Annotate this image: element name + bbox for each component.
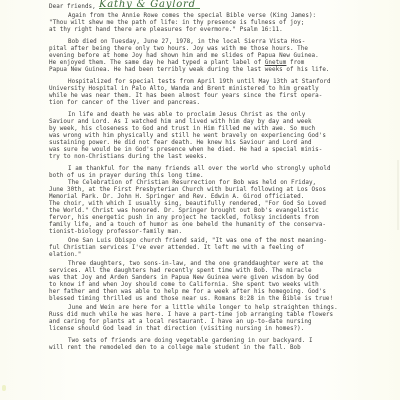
text-segment: from [286, 60, 304, 66]
text-line: elation." [49, 252, 379, 259]
text-line: license should God lead in that directio… [49, 326, 379, 333]
text-line: evening before at home Joy had shown him… [49, 53, 379, 60]
underlined-plant-name: Gnetum [265, 60, 287, 66]
text-line: Two sets of friends are doing vegetable … [49, 338, 379, 345]
paragraph-work: June and Wein are here for a little whil… [49, 305, 379, 333]
text-line: The choir, with which I usually sing, be… [49, 201, 379, 208]
text-line: was that Joy and Arden Sanders in Papua … [49, 275, 379, 282]
text-line: both of us in prayer during this long ti… [49, 173, 379, 180]
text-line: "Thou wilt shew me the path of life: in … [49, 20, 379, 27]
text-line: Russ did much while he was here. I have … [49, 312, 379, 319]
text-line: will rent the remodeled den to a college… [49, 345, 379, 352]
text-line: by week, his closeness to God and trust … [49, 126, 379, 133]
text-line: was wrong with him physically and still … [49, 133, 379, 140]
text-line: Again from the Annie Rowe comes the spec… [49, 13, 379, 20]
paragraph-friend-quote: One San Luis Obispo church friend said, … [49, 238, 379, 259]
paragraph-family: Three daughters, two sons-in-law, and th… [49, 261, 379, 303]
text-line: June and Wein are here for a little whil… [49, 305, 379, 312]
text-line: Three daughters, two sons-in-law, and th… [49, 261, 379, 268]
text-line: The Celebration of Christian Resurrectio… [49, 180, 379, 187]
text-line: was sure he would be in God's presence w… [49, 147, 379, 154]
paragraph-death: Bob died on Tuesday, June 27, 1978, in t… [49, 39, 379, 74]
text-line: ful Christian services I've ever attende… [49, 245, 379, 252]
scan-edge-shadow [397, 160, 399, 230]
text-segment: He enjoyed them. The same day he had typ… [49, 60, 265, 66]
text-line: In life and death he was able to proclai… [49, 112, 379, 119]
salutation: Dear friends, [49, 4, 96, 10]
text-line: services. All the daughters had recently… [49, 268, 379, 275]
scanned-letter-page: Dear friends, Kathy & Gaylord Again from… [0, 0, 400, 400]
text-line: Hospitalized for special tests from Apri… [49, 79, 379, 86]
handwritten-names: Kathy & Gaylord [99, 1, 200, 9]
text-line: Papua New Guinea. He had been terribly w… [49, 67, 379, 74]
text-line: her father and then was able to help me … [49, 289, 379, 296]
text-line: University Hospital in Palo Alto, Wanda … [49, 86, 379, 93]
text-line: I am thankful for the many friends all o… [49, 166, 379, 173]
text-line-with-underline: He enjoyed them. The same day he had typ… [49, 60, 379, 67]
salutation-line: Dear friends, Kathy & Gaylord [49, 4, 379, 13]
text-line: June 30th, at the First Presbyterian Chu… [49, 187, 379, 194]
typed-letter: Dear friends, Kathy & Gaylord Again from… [49, 4, 379, 352]
text-line: while he was near them. It has been almo… [49, 93, 379, 100]
text-line: Memorial Park. Dr. John H. Springer and … [49, 194, 379, 201]
paragraph-verse: Again from the Annie Rowe comes the spec… [49, 13, 379, 34]
text-line: try to non-Christians during the last we… [49, 154, 379, 161]
paragraph-garden: Two sets of friends are doing vegetable … [49, 338, 379, 352]
text-line: family life, and a touch of humor as one… [49, 222, 379, 229]
text-line: tion for cancer of the liver and pancrea… [49, 100, 379, 107]
text-line: sustaining power. He did not fear death.… [49, 140, 379, 147]
text-line: Saviour and Lord. As I watched him and l… [49, 119, 379, 126]
paragraph-celebration: The Celebration of Christian Resurrectio… [49, 180, 379, 236]
margin-highlight-mark [2, 385, 6, 391]
paragraph-faith: In life and death he was able to proclai… [49, 112, 379, 161]
text-line: the World." Christ was honored. Dr. Spri… [49, 208, 379, 215]
text-line: to know if and when Joy should come to C… [49, 282, 379, 289]
text-line: Bob died on Tuesday, June 27, 1978, in t… [49, 39, 379, 46]
paragraph-hospital: Hospitalized for special tests from Apri… [49, 79, 379, 107]
paragraph-thanks: I am thankful for the many friends all o… [49, 166, 379, 180]
text-line: One San Luis Obispo church friend said, … [49, 238, 379, 245]
text-line: fervor, his energetic push in any projec… [49, 215, 379, 222]
text-line: tionist-biology professor-family man. [49, 229, 379, 236]
text-line: at thy right hand there are pleasures fo… [49, 27, 379, 34]
text-line: blessed timing thrilled us and those nea… [49, 296, 379, 303]
text-line: pital after being there only two hours. … [49, 46, 379, 53]
text-line: and caring for plants at a local restaur… [49, 319, 379, 326]
